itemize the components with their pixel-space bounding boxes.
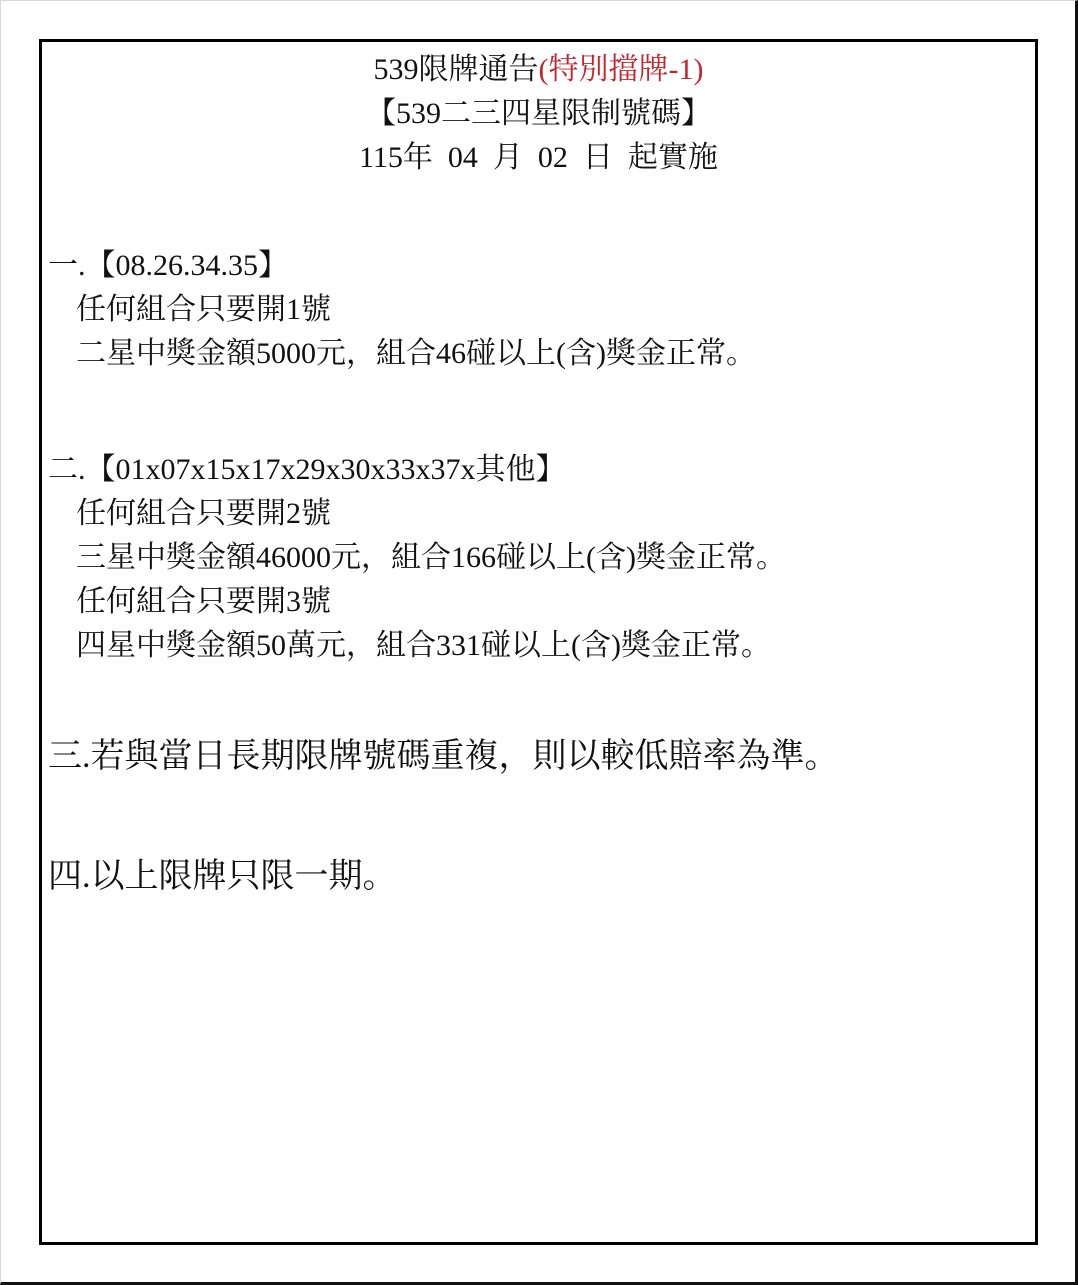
section-2-line: 任何組合只要開2號 [48, 492, 1035, 536]
section-1-line: 二星中獎金額5000元，組合46碰以上(含)獎金正常。 [48, 332, 1035, 376]
section-2-line: 四星中獎金額50萬元，組合331碰以上(含)獎金正常。 [48, 624, 1035, 668]
section-1-title: 一.【08.26.34.35】 [48, 244, 1035, 288]
title-prefix: 539限牌通告 [374, 53, 539, 86]
effective-date: 115年 04 月 02 日 起實施 [42, 136, 1035, 180]
section-2: 二.【01x07x15x17x29x30x33x37x其他】 任何組合只要開2號… [48, 448, 1035, 668]
section-4-title: 四.以上限牌只限一期。 [48, 854, 1035, 900]
section-3: 三.若與當日長期限牌號碼重複，則以較低賠率為準。 [48, 734, 1035, 780]
section-2-line: 任何組合只要開3號 [48, 580, 1035, 624]
section-2-title: 二.【01x07x15x17x29x30x33x37x其他】 [48, 448, 1035, 492]
section-3-title: 三.若與當日長期限牌號碼重複，則以較低賠率為準。 [48, 734, 1035, 780]
section-4: 四.以上限牌只限一期。 [48, 854, 1035, 900]
notice-title: 539限牌通告(特別擋牌-1) [42, 48, 1035, 92]
section-2-line: 三星中獎金額46000元，組合166碰以上(含)獎金正常。 [48, 536, 1035, 580]
title-highlight: (特別擋牌-1) [539, 53, 704, 86]
section-1-line: 任何組合只要開1號 [48, 288, 1035, 332]
notice-header: 539限牌通告(特別擋牌-1) 【539二三四星限制號碼】 115年 04 月 … [42, 48, 1035, 180]
section-1: 一.【08.26.34.35】 任何組合只要開1號 二星中獎金額5000元，組合… [48, 244, 1035, 376]
notice-box: 539限牌通告(特別擋牌-1) 【539二三四星限制號碼】 115年 04 月 … [39, 39, 1038, 1245]
notice-subtitle: 【539二三四星限制號碼】 [42, 92, 1035, 136]
